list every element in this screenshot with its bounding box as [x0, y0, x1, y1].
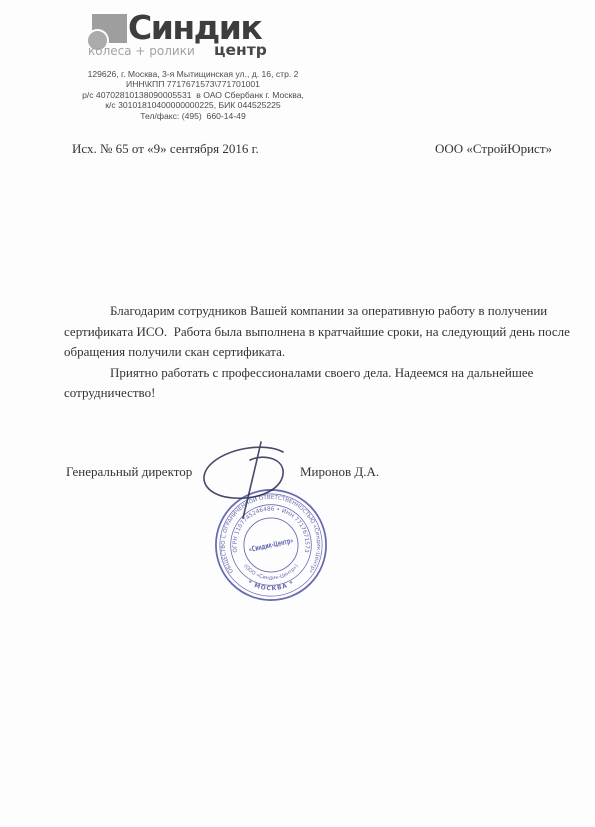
signatory-title: Генеральный директор: [66, 464, 192, 480]
logo-wordmark: Синдик: [128, 12, 261, 44]
logo-sub-wordmark: центр: [214, 41, 267, 59]
stamp-center-text: «Синдик-Центр»: [248, 536, 294, 554]
body-line: Благодарим сотрудников Вашей компании за…: [64, 301, 544, 322]
address-line: Тел/факс: (495) 660-14-49: [52, 111, 334, 121]
address-line: ИНН\КПП 7717671573\771701001: [52, 79, 334, 89]
recipient: ООО «СтройЮрист»: [435, 141, 552, 157]
stamp-city-text: * МОСКВА *: [247, 580, 296, 592]
scanned-letter-page: Синдик центр колеса + ролики 129626, г. …: [0, 0, 595, 827]
address-line: р/с 40702810138090005531 в ОАО Сбербанк …: [52, 90, 334, 100]
signature-scribble: [195, 440, 305, 525]
signatory-name: Миронов Д.А.: [300, 464, 379, 480]
letter-body: Благодарим сотрудников Вашей компании за…: [64, 301, 544, 404]
signature-cross-stroke: [243, 442, 261, 518]
body-line: сертификата ИСО. Работа была выполнена в…: [64, 322, 544, 343]
reference-row: Исх. № 65 от «9» сентября 2016 г. ООО «С…: [0, 141, 595, 157]
address-line: к/с 30101810400000000225, БИК 044525225: [52, 100, 334, 110]
outgoing-number: Исх. № 65 от «9» сентября 2016 г.: [72, 141, 259, 157]
body-line: Приятно работать с профессионалами своег…: [64, 363, 544, 384]
logo-tagline: колеса + ролики: [88, 44, 195, 58]
signature-loop-stroke: [204, 447, 283, 498]
company-logo: Синдик центр колеса + ролики: [0, 0, 320, 64]
address-line: 129626, г. Москва, 3-я Мытищинская ул., …: [52, 69, 334, 79]
body-line: сотрудничество!: [64, 383, 544, 404]
svg-text:* МОСКВА *: * МОСКВА *: [247, 580, 296, 592]
body-line: обращения получили скан сертификата.: [64, 342, 544, 363]
letterhead-address-block: 129626, г. Москва, 3-я Мытищинская ул., …: [52, 69, 334, 121]
